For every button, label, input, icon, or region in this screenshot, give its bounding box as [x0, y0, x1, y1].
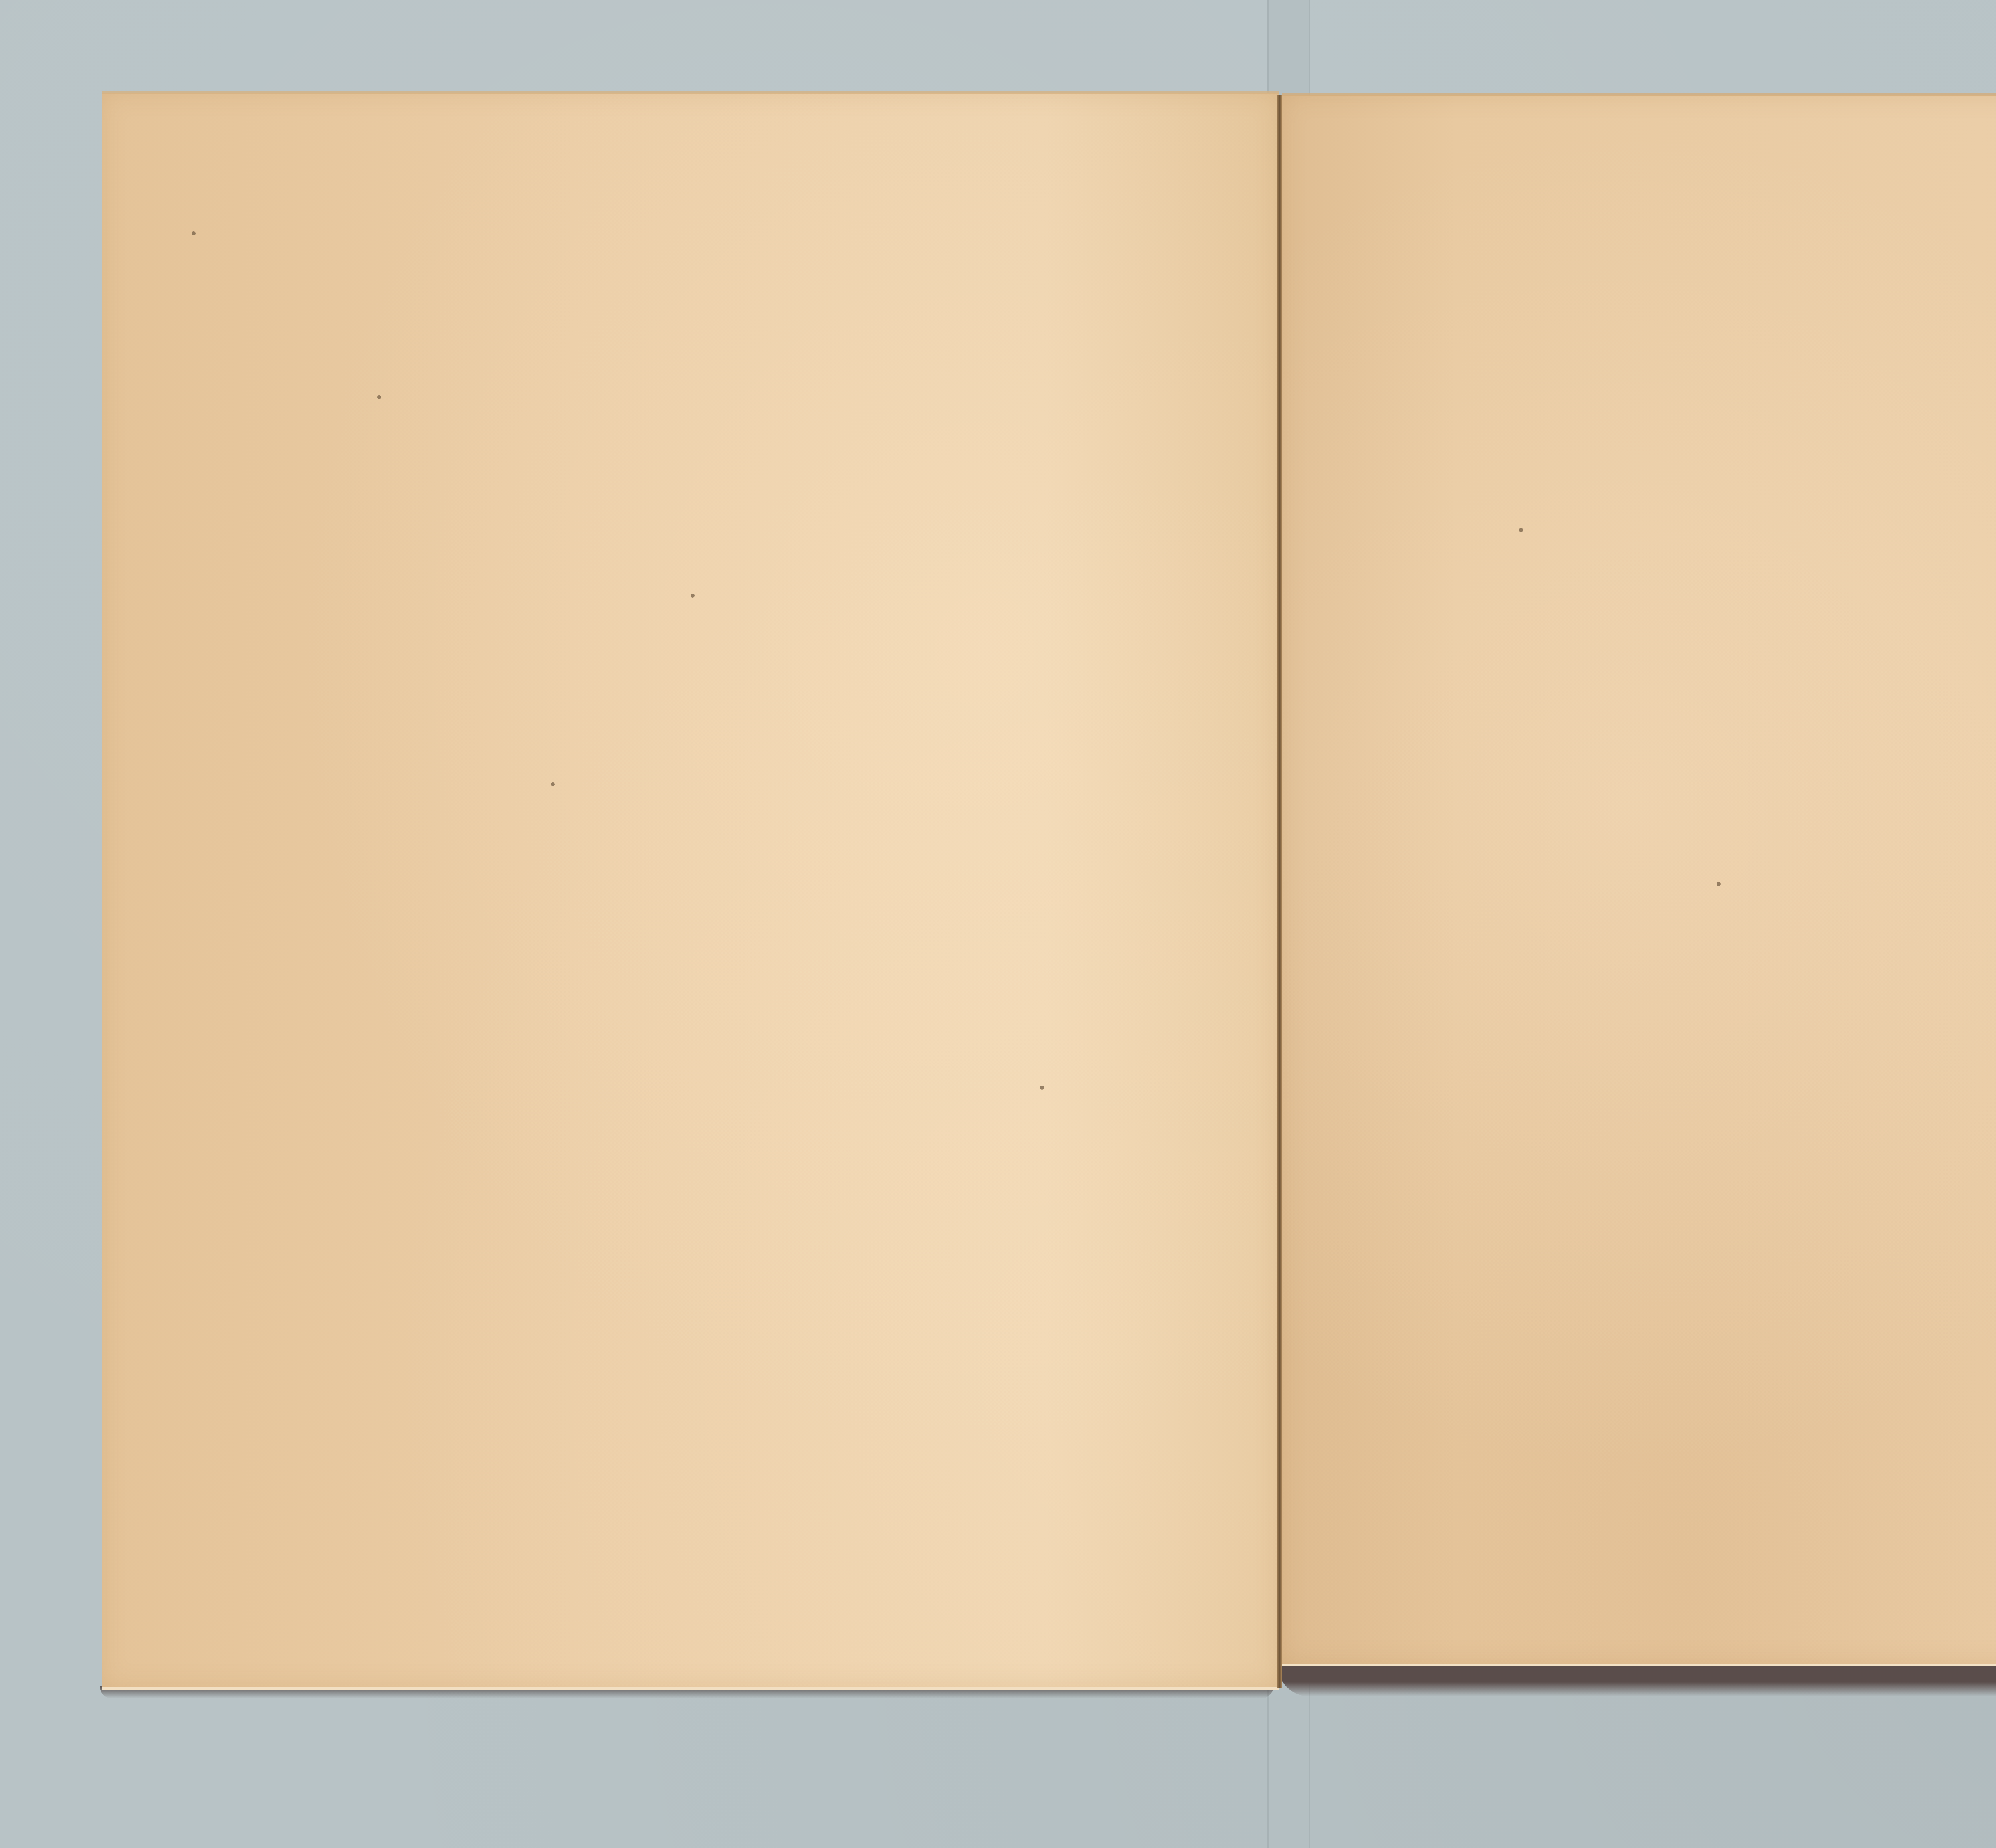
foxing-speck [1519, 528, 1523, 532]
foxing-speck [1040, 1086, 1044, 1090]
foxing-speck [192, 231, 196, 235]
right-page-top-edge [1282, 93, 1996, 96]
right-page-shadow [1277, 1664, 1996, 1696]
book-gutter [1277, 95, 1282, 1688]
foxing-speck [1717, 882, 1721, 886]
foxing-speck [551, 782, 555, 786]
foxing-speck [691, 594, 695, 598]
foxing-speck [377, 395, 381, 399]
left-page [102, 93, 1279, 1690]
right-page [1282, 95, 1996, 1666]
left-page-top-edge [102, 91, 1279, 94]
